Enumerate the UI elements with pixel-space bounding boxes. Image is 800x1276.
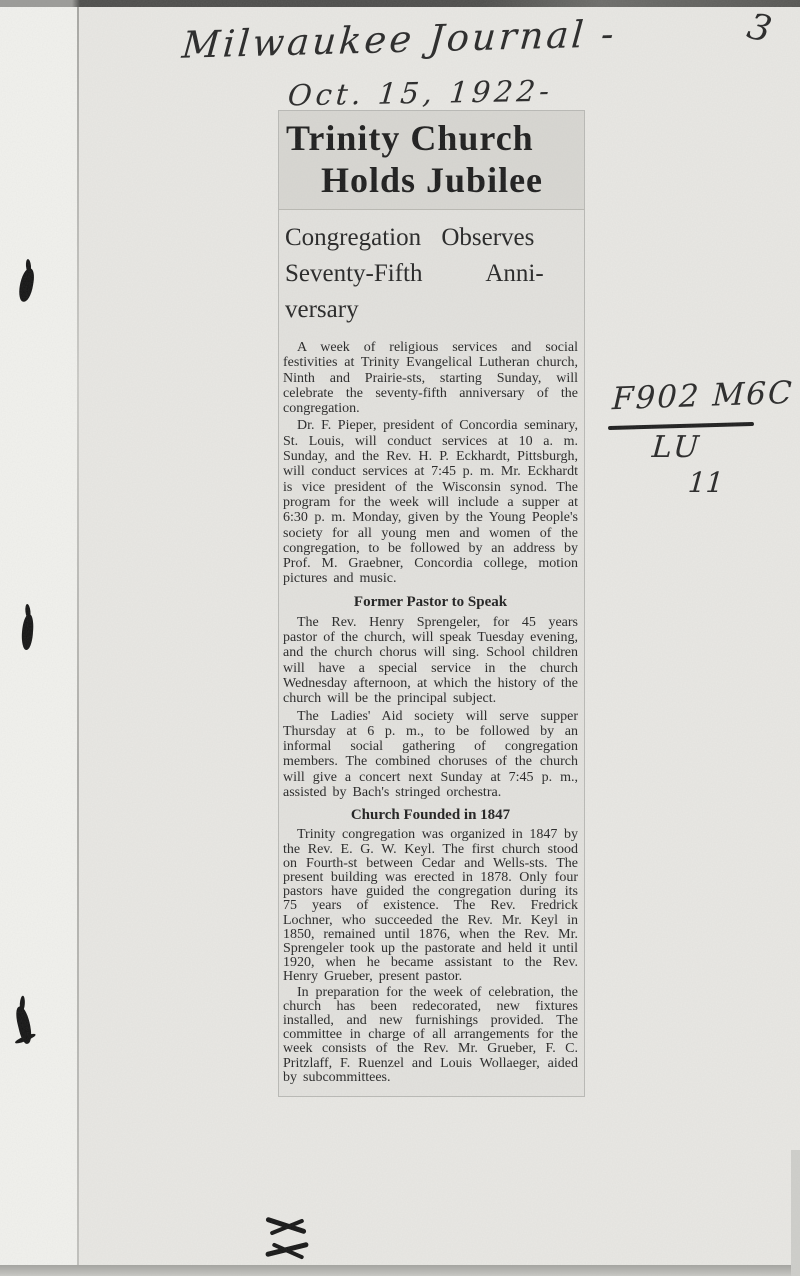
handwritten-page-number: 3: [743, 6, 775, 51]
subheadline-line-2: Seventy-Fifth Anni-: [285, 256, 580, 292]
article-paragraph: The Ladies' Aid society will serve suppe…: [283, 709, 578, 801]
scanned-newspaper-page: 3 Milwaukee Journal - Oct. 15, 1922- F90…: [0, 0, 800, 1276]
subheadline: Congregation Observes Seventy-Fifth Anni…: [279, 210, 584, 334]
article-paragraph: Dr. F. Pieper, president of Concordia se…: [283, 418, 578, 586]
subheadline-line-3: versary: [285, 292, 580, 328]
scan-top-edge: [0, 0, 800, 7]
handwritten-date: Oct. 15, 1922-: [287, 74, 555, 113]
article-body: A week of religious services and social …: [279, 334, 584, 1096]
section-heading-church-founded: Church Founded in 1847: [283, 807, 578, 824]
headline-line-1: Trinity Church: [286, 117, 584, 159]
call-number-underline: [608, 422, 754, 430]
pen-scribble-mark: [265, 1239, 311, 1265]
section-heading-former-pastor: Former Pastor to Speak: [283, 594, 578, 611]
handwritten-call-number-line3: 11: [687, 466, 725, 499]
headline-line-2: Holds Jubilee: [321, 159, 584, 201]
article-paragraph: A week of religious services and social …: [283, 340, 578, 416]
newspaper-clipping: Trinity Church Holds Jubilee Congregatio…: [278, 110, 585, 1097]
article-paragraph: Trinity congregation was organized in 18…: [283, 828, 578, 984]
scan-right-edge: [791, 1150, 800, 1276]
scan-left-margin: [0, 0, 77, 1276]
handwritten-call-number: F902 M6C: [611, 375, 794, 417]
pen-scribble-mark: [265, 1213, 309, 1241]
article-paragraph: The Rev. Henry Sprengeler, for 45 years …: [283, 615, 578, 707]
article-paragraph: In preparation for the week of celebrati…: [283, 986, 578, 1085]
headline-block: Trinity Church Holds Jubilee: [279, 111, 584, 210]
handwritten-source-title: Milwaukee Journal -: [180, 12, 618, 66]
scan-bottom-edge: [0, 1265, 800, 1276]
binding-crease-line: [77, 0, 79, 1276]
subheadline-line-1: Congregation Observes: [285, 220, 580, 256]
handwritten-call-number-line2: LU: [651, 430, 703, 465]
